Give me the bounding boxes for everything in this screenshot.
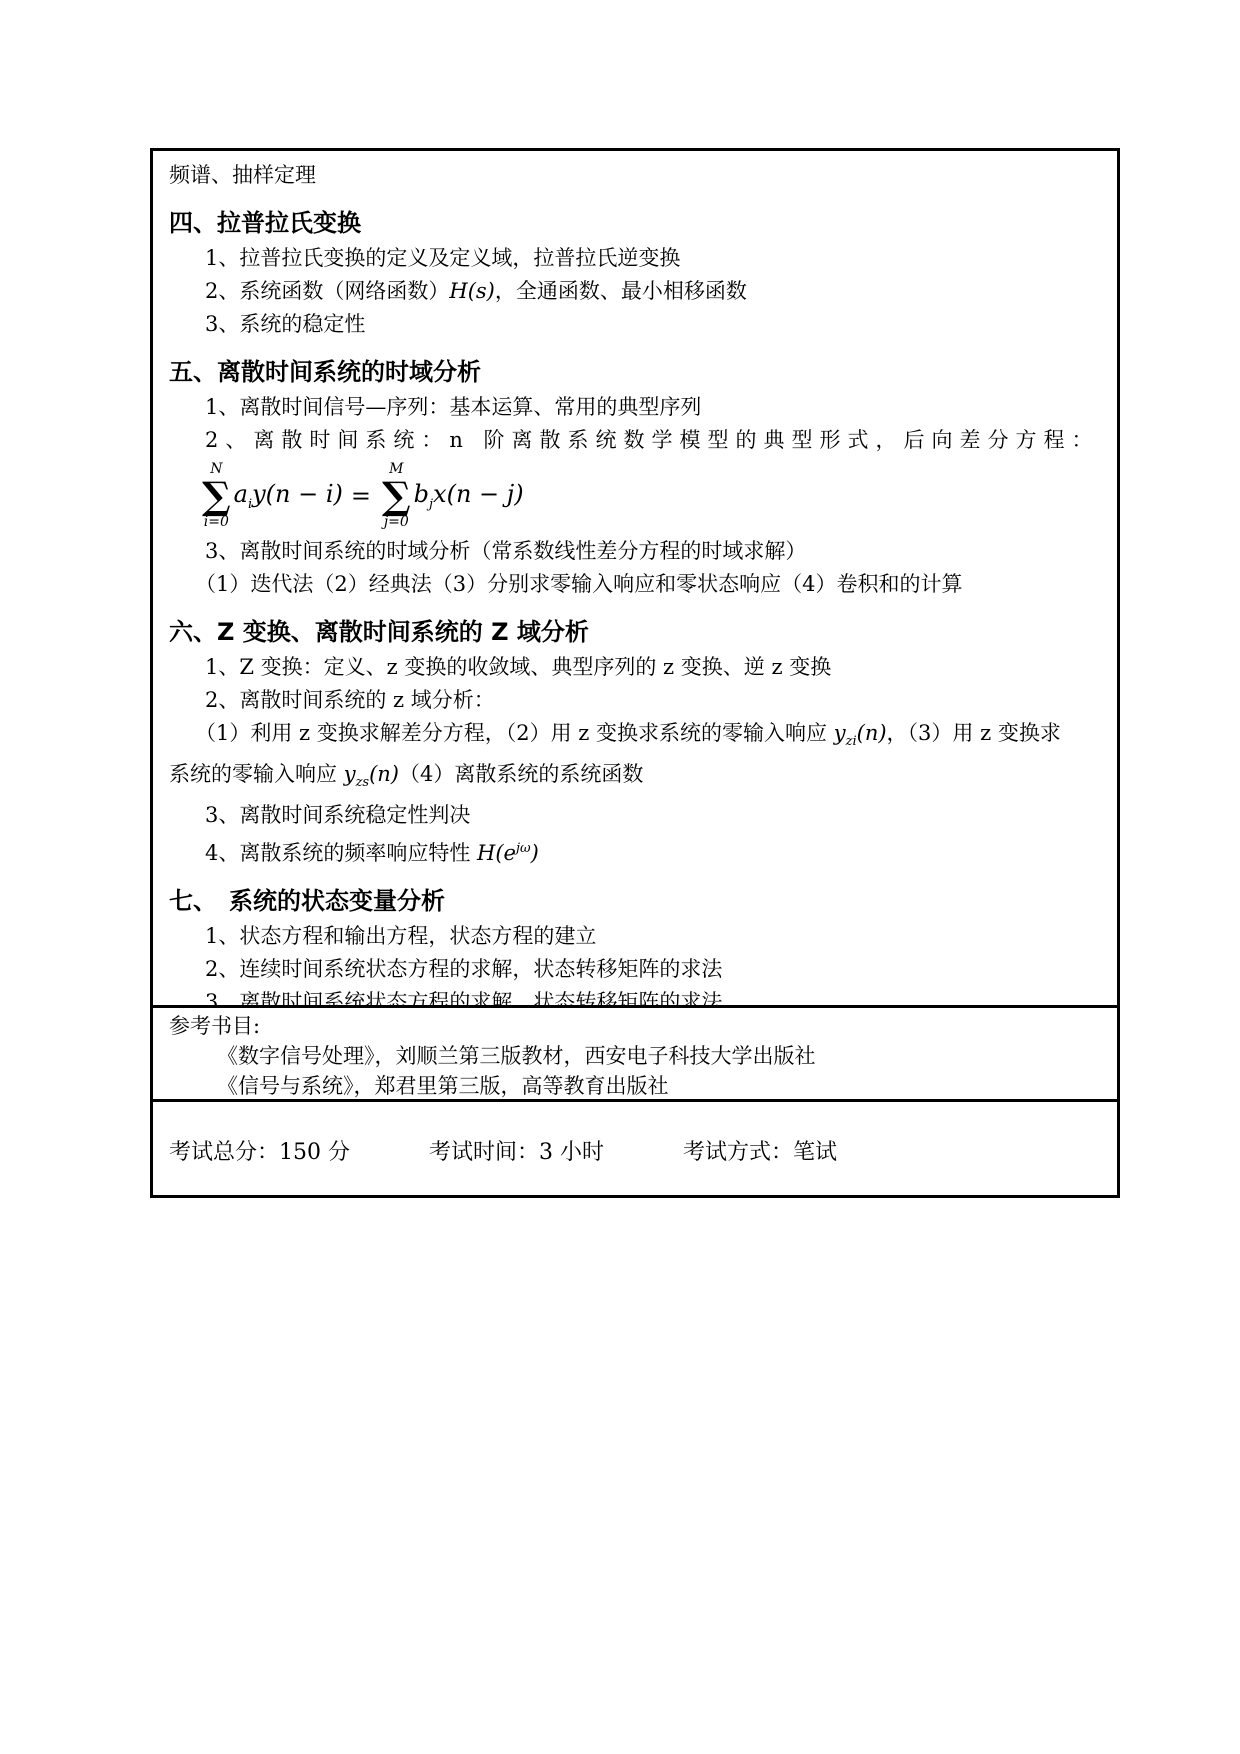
zero-input-response-yzi: yzi(n) xyxy=(834,721,887,745)
equals-sign: = xyxy=(351,482,371,510)
exam-duration: 考试时间：3 小时 xyxy=(429,1140,604,1165)
section-5-item-1: 1、离散时间信号—序列：基本运算、常用的典型序列 xyxy=(169,391,1101,424)
exam-total-score: 考试总分：150 分 xyxy=(169,1140,350,1165)
sum-lower-limit: i=0 xyxy=(204,515,229,530)
zero-state-response-yzs: yzs(n) xyxy=(344,762,399,786)
frequency-response-h-ejw: H(ejω) xyxy=(477,841,539,865)
sigma-glyph: ∑ xyxy=(382,477,411,515)
syllabus-content-box: 频谱、抽样定理 四、拉普拉氏变换 1、拉普拉氏变换的定义及定义域，拉普拉氏逆变换… xyxy=(150,148,1120,1008)
summation-symbol-left: N ∑ i=0 xyxy=(202,462,231,531)
section-4-item-3: 3、系统的稳定性 xyxy=(169,308,1101,341)
summation-symbol-right: M ∑ j=0 xyxy=(382,462,411,531)
section-6-heading: 六、Z 变换、离散时间系统的 Z 域分析 xyxy=(169,613,1101,651)
section-4-item-2: 2、系统函数（网络函数）H(s)，全通函数、最小相移函数 xyxy=(169,275,1101,308)
exam-info-box: 考试总分：150 分 考试时间：3 小时 考试方式：笔试 xyxy=(150,1099,1120,1198)
section-6-item-2: 2、离散时间系统的 z 域分析： xyxy=(169,684,1101,717)
section-7-item-2: 2、连续时间系统状态方程的求解，状态转移矩阵的求法 xyxy=(169,953,1101,986)
sigma-glyph: ∑ xyxy=(202,477,231,515)
reference-title: 参考书目: xyxy=(169,1011,1101,1041)
section-6-item-2-methods-line-1: （1）利用 z 变换求解差分方程，（2）用 z 变换求系统的零输入响应 yzi(… xyxy=(169,717,1101,758)
transfer-function-hs: H(s) xyxy=(449,279,494,303)
formula-lhs: aiy(n − i) xyxy=(234,480,343,512)
section-6-item-2-methods-line-2: 系统的零输入响应 yzs(n)（4）离散系统的系统函数 xyxy=(169,758,1101,799)
section-5-item-3: 3、离散时间系统的时域分析（常系数线性差分方程的时域求解） xyxy=(169,535,1101,568)
reference-books-box: 参考书目: 《数字信号处理》，刘顺兰第三版教材，西安电子科技大学出版社 《信号与… xyxy=(150,1005,1120,1102)
exam-format: 考试方式：笔试 xyxy=(683,1140,837,1165)
section-4-item-2-text-after: ，全通函数、最小相移函数 xyxy=(495,279,747,303)
section-7-item-1: 1、状态方程和输出方程，状态方程的建立 xyxy=(169,920,1101,953)
section-4-item-1: 1、拉普拉氏变换的定义及定义域，拉普拉氏逆变换 xyxy=(169,242,1101,275)
exam-info-line: 考试总分：150 分 考试时间：3 小时 考试方式：笔试 xyxy=(169,1138,1101,1168)
section-7-heading: 七、 系统的状态变量分析 xyxy=(169,882,1101,920)
difference-equation-formula: N ∑ i=0 aiy(n − i) = M ∑ j=0 bjx(n − j) xyxy=(199,459,1101,533)
exam-syllabus-document: 频谱、抽样定理 四、拉普拉氏变换 1、拉普拉氏变换的定义及定义域，拉普拉氏逆变换… xyxy=(150,148,1120,1198)
section-5-item-3-methods: （1）迭代法（2）经典法（3）分别求零输入响应和零状态响应（4）卷积和的计算 xyxy=(169,568,1101,601)
reference-book-1: 《数字信号处理》，刘顺兰第三版教材，西安电子科技大学出版社 xyxy=(169,1041,1101,1071)
section-5-item-2: 2、离散时间系统：n 阶离散系统数学模型的典型形式，后向差分方程： xyxy=(169,424,1101,457)
reference-book-2: 《信号与系统》，郑君里第三版，高等教育出版社 xyxy=(169,1071,1101,1101)
formula-rhs: bjx(n − j) xyxy=(414,480,524,512)
section-4-item-2-text: 2、系统函数（网络函数） xyxy=(205,279,449,303)
section-6-item-3: 3、离散时间系统稳定性判决 xyxy=(169,799,1101,832)
intro-line: 频谱、抽样定理 xyxy=(169,159,1101,192)
section-6-item-1: 1、Z 变换：定义、z 变换的收敛域、典型序列的 z 变换、逆 z 变换 xyxy=(169,651,1101,684)
sum-lower-limit: j=0 xyxy=(384,515,409,530)
section-6-item-4: 4、离散系统的频率响应特性 H(ejω) xyxy=(169,832,1101,870)
section-4-heading: 四、拉普拉氏变换 xyxy=(169,204,1101,242)
section-5-heading: 五、离散时间系统的时域分析 xyxy=(169,353,1101,391)
